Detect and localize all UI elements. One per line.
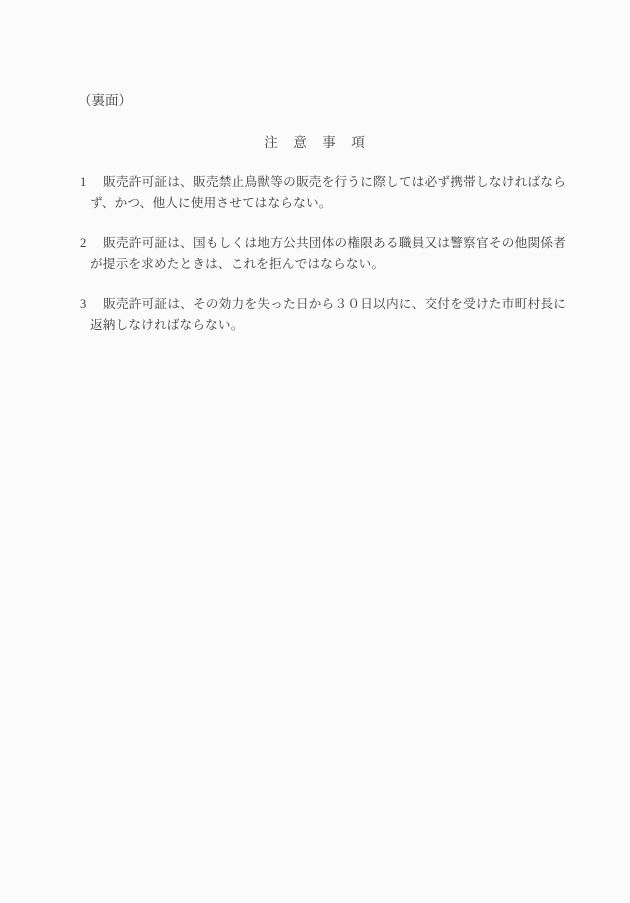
note-number: 3 <box>80 294 102 315</box>
note-item: 3 販売許可証は、その効力を失った日から３０日以内に、交付を受けた市町村長に返納… <box>80 294 566 336</box>
note-text: 販売許可証は、国もしくは地方公共団体の権限ある職員又は警察官その他関係者が提示を… <box>80 233 566 275</box>
page-title: 注 意 事 項 <box>0 134 630 152</box>
document-page: （裏面） 注 意 事 項 1 販売許可証は、販売禁止鳥獣等の販売を行うに際しては… <box>0 0 630 903</box>
note-number: 2 <box>80 233 102 254</box>
notes-list: 1 販売許可証は、販売禁止鳥獣等の販売を行うに際しては必ず携帯しなければならず、… <box>80 172 566 355</box>
side-label: （裏面） <box>78 92 132 110</box>
note-number: 1 <box>80 172 102 193</box>
note-text: 販売許可証は、販売禁止鳥獣等の販売を行うに際しては必ず携帯しなければならず、かつ… <box>80 172 566 214</box>
note-item: 1 販売許可証は、販売禁止鳥獣等の販売を行うに際しては必ず携帯しなければならず、… <box>80 172 566 214</box>
note-text: 販売許可証は、その効力を失った日から３０日以内に、交付を受けた市町村長に返納しな… <box>80 294 566 336</box>
note-item: 2 販売許可証は、国もしくは地方公共団体の権限ある職員又は警察官その他関係者が提… <box>80 233 566 275</box>
